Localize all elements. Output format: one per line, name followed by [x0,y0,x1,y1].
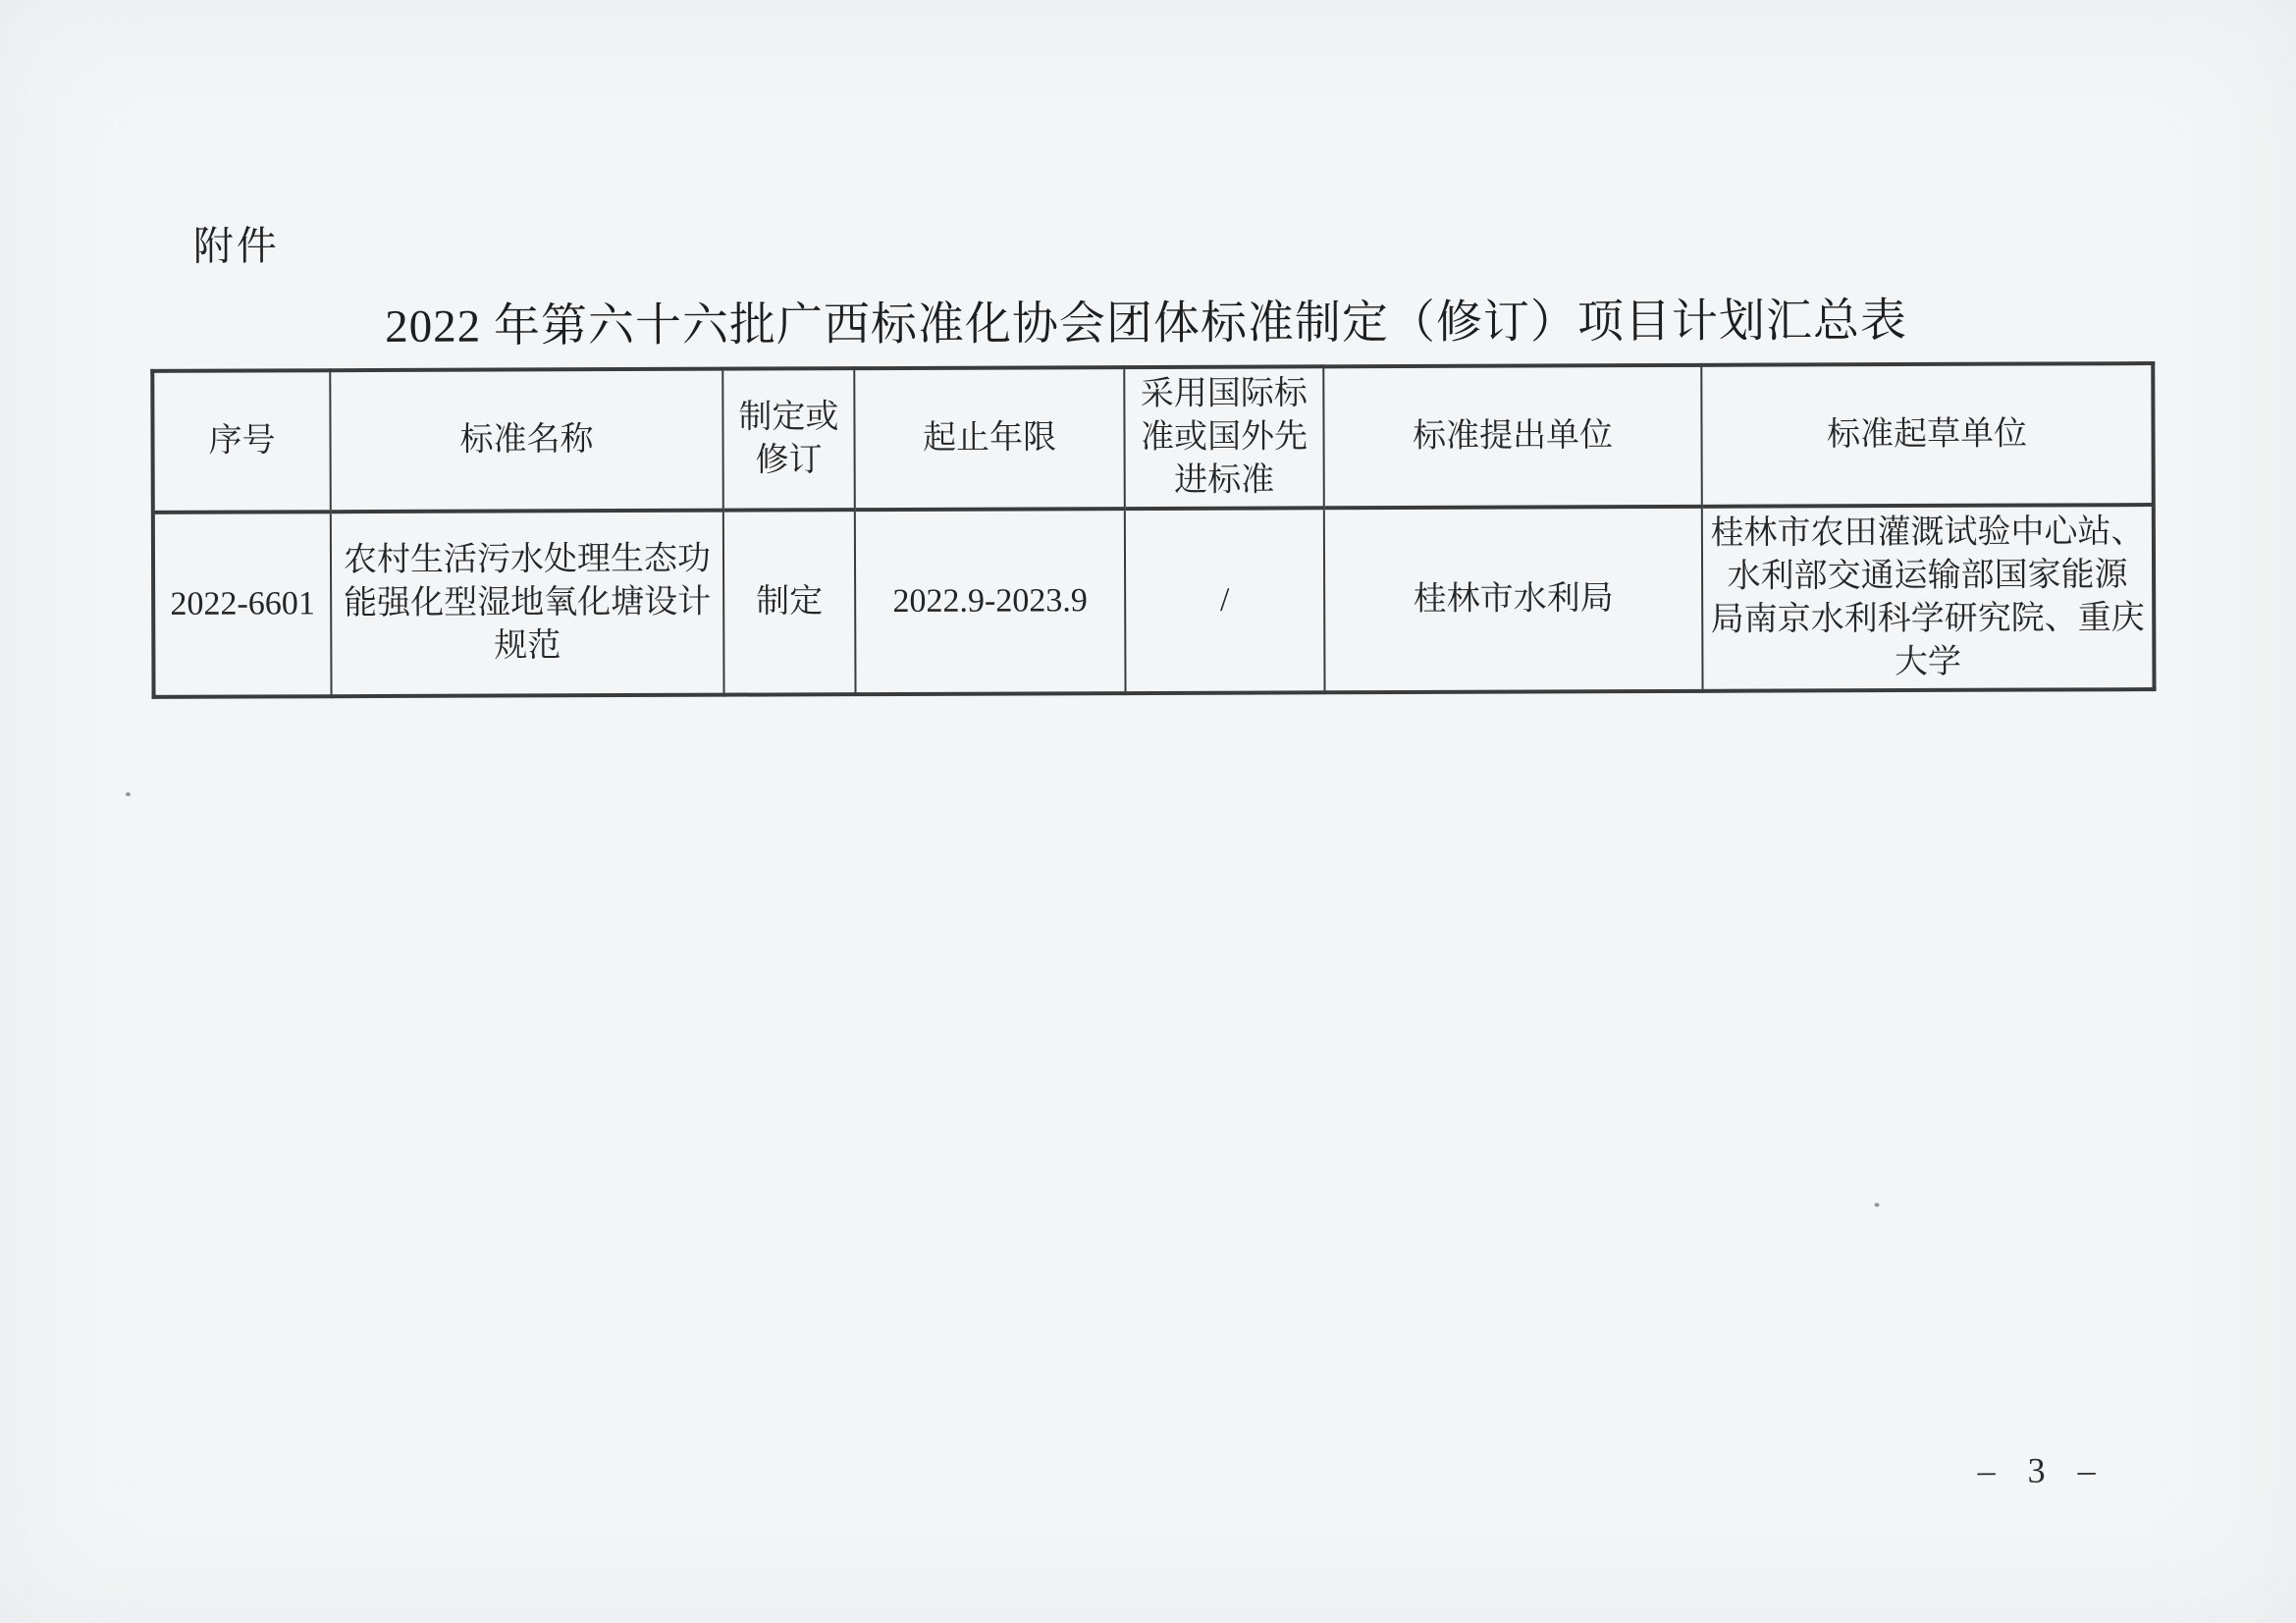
cell-period: 2022.9-2023.9 [855,509,1126,694]
header-period: 起止年限 [854,367,1125,510]
document-title: 2022 年第六十六批广西标准化协会团体标准制定（修订）项目计划汇总表 [0,283,2294,357]
attachment-label: 附件 [193,213,280,271]
plan-summary-table: 序号 标准名称 制定或 修订 起止年限 采用国际标 准或国外先 进标准 标准提出… [150,361,2156,699]
page-number: – 3 – [1978,1449,2108,1491]
cell-proposing-unit: 桂林市水利局 [1324,507,1703,692]
scan-speck [126,792,131,796]
header-drafting-unit: 标准起草单位 [1701,363,2154,507]
cell-drafting-unit: 桂林市农田灌溉试验中心站、 水利部交通运输部国家能源 局南京水利科学研究院、重庆… [1702,505,2155,691]
header-proposing-unit: 标准提出单位 [1323,365,1702,508]
cell-international-standard: / [1125,508,1325,693]
table-header-row: 序号 标准名称 制定或 修订 起止年限 采用国际标 准或国外先 进标准 标准提出… [152,363,2154,513]
scanned-document-page: 附件 2022 年第六十六批广西标准化协会团体标准制定（修订）项目计划汇总表 序… [0,0,2296,1623]
cell-formulate-or-revise: 制定 [723,510,856,695]
cell-standard-name: 农村生活污水处理生态功 能强化型湿地氧化塘设计 规范 [331,511,724,697]
table-row: 2022-6601 农村生活污水处理生态功 能强化型湿地氧化塘设计 规范 制定 … [153,505,2155,697]
header-formulate-or-revise: 制定或 修订 [722,368,855,511]
page-content: 附件 2022 年第六十六批广西标准化协会团体标准制定（修订）项目计划汇总表 序… [0,0,2296,1623]
header-serial-number: 序号 [152,370,331,513]
cell-serial-number: 2022-6601 [153,512,332,697]
header-standard-name: 标准名称 [330,369,723,513]
scan-speck [1875,1203,1880,1207]
header-international-standard: 采用国际标 准或国外先 进标准 [1124,366,1324,509]
